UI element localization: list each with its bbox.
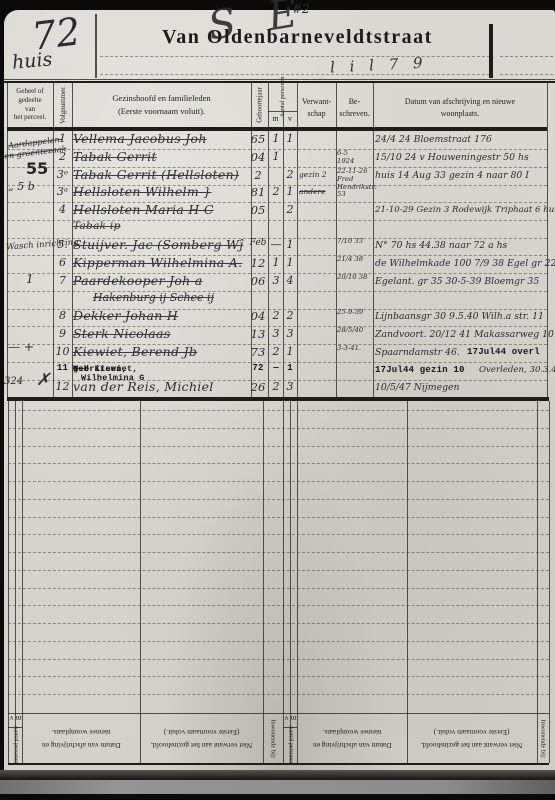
table-row: 2 Tabak Gerrit 04 1 6-5 1924 15/10 24 v … <box>7 149 547 168</box>
row-verwantschap: andere <box>299 187 337 196</box>
bcol-line <box>407 401 408 763</box>
row-name: Dekker Johan H <box>73 308 178 323</box>
bcol-line <box>290 401 291 763</box>
bottom-dotted-row <box>8 499 549 500</box>
row-name: Kipperman Wilhelmina A. <box>73 255 242 270</box>
table-row: 10 Kiewiet, Berend Jb 73 2 1 3-3-41. Spa… <box>7 344 547 363</box>
header-volgnummer-box: Volgnummer. <box>53 83 72 127</box>
bheader-inwonende-left-box: Inwonende bij: <box>263 713 283 765</box>
row-count-m: 2 <box>269 345 283 358</box>
row-count-m: 2 <box>269 380 283 393</box>
row-birthyear: 04 <box>247 150 269 164</box>
row-number: 8 <box>53 309 72 322</box>
row-count-m: 3 <box>269 274 283 287</box>
bcol-line <box>537 401 538 763</box>
table-row: 6 Kipperman Wilhelmina A. 12 1 1 21/4 38… <box>7 255 547 274</box>
row-number: 11 <box>53 363 72 373</box>
table-row: 4 Hellsloten Maria H C 05 2 21-10-29 Gez… <box>7 202 547 221</box>
row-count-v: 1 <box>283 256 297 269</box>
row-count-m: 1 <box>269 256 283 269</box>
table-row: 3ᵃ Hellsloten Wilhelm } 81 2 1 andere <box>7 184 547 203</box>
row-number: 5. <box>53 238 72 251</box>
bottom-dotted-row <box>8 410 549 411</box>
card-bottom-edge <box>8 763 549 765</box>
scanner-background-band <box>0 780 555 794</box>
row-birthyear: 81 <box>247 185 269 199</box>
bcol-line <box>15 401 16 763</box>
bheader-m-right: m <box>290 714 297 723</box>
table-row: 8 Dekker Johan H 04 2 2 25-9-39 Lijnbaan… <box>7 308 547 327</box>
row-number: 10 <box>53 345 72 358</box>
row-birthyear: 05 <box>247 203 269 217</box>
row-birthyear: 12 <box>247 256 269 270</box>
row-birthyear: 06 <box>247 274 269 288</box>
bheader-nietverwant-left: Niet verwant aan het gezinshoofd, (Eerst… <box>151 726 252 751</box>
row-beschreven: 25-9-39 <box>337 309 377 317</box>
row-beschreven: 28/5/40 <box>337 327 377 335</box>
table-row: 1 Vellema Jacobus Joh 65 1 1 24/4 24 Blo… <box>7 131 547 150</box>
header-geboortejaar: Geboortejaar <box>256 87 263 122</box>
bottom-dotted-row <box>8 517 549 518</box>
row-name: Tabak Gerrit (Hellsloten) <box>73 167 239 182</box>
row-beschreven: 6-5 1924 <box>337 150 377 166</box>
street-rule-right-1 <box>500 56 553 57</box>
row-count-m: 2 <box>269 185 283 198</box>
row-count-m: 1 <box>269 150 283 163</box>
bheader-datum-left-box: Datum van afschrijving en nieuwe woonpla… <box>22 716 140 762</box>
row-name: Kiewiet, Berend Jb <box>73 344 197 359</box>
row-beschreven: 7/10 33 <box>337 238 377 246</box>
bottom-dotted-row <box>8 641 549 642</box>
row-name: Tabak Gerrit <box>73 149 157 164</box>
row-birthyear: 13 <box>247 327 269 341</box>
street-rule-1 <box>100 56 490 57</box>
row-datum: 21-10-29 Gezin 3 Rodewijk Triphaat 6 hui… <box>375 205 553 215</box>
row-number: 1 <box>53 132 72 145</box>
bottom-dotted-row <box>8 659 549 660</box>
header-m: m <box>268 114 283 123</box>
bottom-dotted-row <box>8 481 549 482</box>
row-datum: Zandvoort. 20/12 41 Makassarweg 101 h <box>375 329 553 340</box>
street-rule-2 <box>100 74 490 75</box>
house-label: huis <box>11 48 53 73</box>
row-count-v: 2 <box>283 168 297 181</box>
header-volgnummer: Volgnummer. <box>59 86 67 124</box>
register-card-scan: 72 huis S E #2 Van Oldenbarneveldtstraat… <box>0 0 555 800</box>
row-beschreven: 21/4 38 <box>337 256 377 264</box>
row-count-v: 4 <box>283 274 297 287</box>
row-datum: 15/10 24 v Houweningestr 50 hs <box>375 152 553 163</box>
row-name: Sterk Nicolaas <box>73 326 171 341</box>
row-birthyear: 26 <box>247 380 269 394</box>
header-geboortejaar-box: Geboortejaar <box>251 83 268 127</box>
row-number: 6 <box>53 256 72 269</box>
row-datum: Lijnbaansgr 30 9.5.40 Wilh.a str. 11 <box>375 311 553 322</box>
bottom-dotted-row <box>8 570 549 571</box>
row-count-m: 1 <box>269 132 283 145</box>
row-count-v: 2 <box>283 203 297 216</box>
header-bottom-rule <box>7 127 547 131</box>
bottom-dotted-row <box>8 694 549 695</box>
bheader-datum-right-box: Datum van afschrijving en nieuwe woonpla… <box>297 716 407 762</box>
row-birthyear: Feb <box>247 238 269 248</box>
row-birthyear: 2 <box>247 168 269 182</box>
row-number: 3ᵃ <box>53 185 72 198</box>
bheader-inwonende-right: Inwonende bij: <box>540 719 547 758</box>
row-datum: Egelant. gr 35 30-5-39 Bloemgr 35 <box>375 276 553 287</box>
scan-edge-shadow <box>0 770 555 780</box>
street-name: Van Oldenbarneveldtstraat <box>105 26 490 49</box>
header-beschreven: Be- schreven. <box>336 96 373 120</box>
bottom-dotted-row <box>8 623 549 624</box>
bcol-line <box>22 401 23 763</box>
row-name: Stuijver. Jac (Somberg Wĵ <box>73 237 243 252</box>
bcol-line <box>263 401 264 763</box>
row-verwantschap: gezin 2 <box>299 170 337 179</box>
header-verwantschap: Verwant- schap <box>297 96 336 120</box>
bcol-line <box>283 401 284 763</box>
table-row: 5. Stuijver. Jac (Somberg Wĵ Feb — 1 7/1… <box>7 237 547 256</box>
street-heavy-bar <box>489 24 493 78</box>
row-name: Hellsloten Maria H C <box>73 202 214 217</box>
header-divider-line <box>95 14 97 78</box>
header-gezinshoofd: Gezinshoofd en familieleden (Eerste voor… <box>72 92 251 118</box>
row-count-v: 3 <box>283 380 297 393</box>
bottom-dotted-row <box>8 428 549 429</box>
bcol-line <box>8 401 9 763</box>
street-rule-right-2 <box>500 74 553 75</box>
row-birthyear: 04 <box>247 309 269 323</box>
row-birthyear: 65 <box>247 132 269 146</box>
row-name-secondary: Hakenburg ij Schee ij <box>93 291 214 304</box>
row-count-m: 3 <box>269 327 283 340</box>
bheader-aantal-right: Aantal personen <box>286 725 293 764</box>
mid-divider-rule <box>7 397 549 401</box>
bheader-aantal-left-box: Aantal personen <box>8 727 22 763</box>
row-beschreven: 20/10 38 <box>337 274 377 282</box>
row-name: Hellsloten Wilhelm } <box>73 184 212 199</box>
row-name: Vellema Jacobus Joh <box>73 131 207 146</box>
bheader-inwonende-left: Inwonende bij: <box>270 719 277 758</box>
bheader-nietverwant-right: Niet verwant aan het gezinshoofd, (Eerst… <box>421 726 522 751</box>
bheader-v-left: v <box>8 714 15 723</box>
bheader-nietverwant-right-box: Niet verwant aan het gezinshoofd, (Eerst… <box>407 716 537 762</box>
row-number: 9 <box>53 327 72 340</box>
row-datum: 24/4 24 Bloemstraat 176 <box>375 134 553 145</box>
row-name: van der Reis, Michiel <box>73 379 214 394</box>
row-count-v: 3 <box>283 327 297 340</box>
bottom-dotted-row <box>8 534 549 535</box>
row-datum-typed: 17Jul44 overl <box>467 347 555 357</box>
bheader-inwonende-right-box: Inwonende bij: <box>537 713 549 765</box>
header-perceel: Geheel of gedeelte van het perceel. <box>7 87 53 122</box>
bcol-line <box>549 401 550 763</box>
bottom-dotted-row <box>8 605 549 606</box>
mv-underline <box>268 111 297 112</box>
bcol-line <box>297 401 298 763</box>
bheader-m-left: m <box>15 714 22 723</box>
bheader-aantal-right-box: Aantal personen <box>283 727 297 763</box>
row-number: 3ᵉ <box>53 168 72 181</box>
row-datum: huis 14 Aug 33 gezin 4 naar 80 I <box>375 170 553 181</box>
bottom-dotted-row <box>8 552 549 553</box>
row-birthyear: 72 <box>247 363 269 373</box>
bheader-aantal-left: Aantal personen <box>11 725 18 764</box>
table-row: 9 Sterk Nicolaas 13 3 3 28/5/40 Zandvoor… <box>7 326 547 345</box>
bottom-dotted-row <box>8 676 549 677</box>
row-count-m: — <box>269 238 283 251</box>
row-count-v: 1 <box>283 185 297 198</box>
row-number: 4 <box>53 203 72 216</box>
row-count-m: — <box>269 363 283 373</box>
header-v: v <box>283 114 297 123</box>
row-datum: de Wilhelmkade 100 7/9 38 Egel gr 22 I <box>375 258 553 269</box>
row-number: 7 <box>53 274 72 287</box>
row-number: 12 <box>53 380 72 393</box>
row-count-v: 1 <box>283 363 297 373</box>
row-number: 2 <box>53 150 72 163</box>
register-rows: 1 Vellema Jacobus Joh 65 1 1 24/4 24 Blo… <box>7 131 547 397</box>
row-datum: N° 70 hs 44.38 naar 72 a hs <box>375 240 553 251</box>
bottom-dotted-row <box>8 463 549 464</box>
row-count-m: 2 <box>269 309 283 322</box>
bheader-datum-right: Datum van afschrijving en nieuwe woonpla… <box>313 726 392 751</box>
table-row: 7 Paardekooper Joh a 06 3 4 20/10 38 Ege… <box>7 273 547 292</box>
table-row: 12 van der Reis, Michiel 26 2 3 10/5/47 … <box>7 379 547 397</box>
row-count-v: 2 <box>283 309 297 322</box>
bottom-dotted-row <box>8 446 549 447</box>
row-name: Tabak ip <box>73 220 121 232</box>
row-datum: 10/5/47 Nijmegen <box>375 382 553 393</box>
bheader-v-right: v <box>283 714 290 723</box>
header-aantal-box: Aantal personen <box>268 83 297 111</box>
row-count-v: 1 <box>283 345 297 358</box>
row-beschreven: 3-3-41. <box>337 345 377 353</box>
bheader-nietverwant-left-box: Niet verwant aan het gezinshoofd, (Eerst… <box>140 716 263 762</box>
bheader-datum-left: Datum van afschrijving en nieuwe woonpla… <box>42 726 121 751</box>
row-count-v: 1 <box>283 238 297 251</box>
street-annotation-number: #2 <box>292 2 310 16</box>
header-datum: Datum van afschrijving en nieuwe woonpla… <box>373 96 547 120</box>
row-name: Paardekooper Joh a <box>73 273 203 288</box>
bcol-line <box>140 401 141 763</box>
row-datum-handwritten: Overleden, 30.3.47 <box>479 365 555 375</box>
row-birthyear: 73 <box>247 345 269 359</box>
bottom-dotted-row <box>8 588 549 589</box>
row-count-v: 1 <box>283 132 297 145</box>
